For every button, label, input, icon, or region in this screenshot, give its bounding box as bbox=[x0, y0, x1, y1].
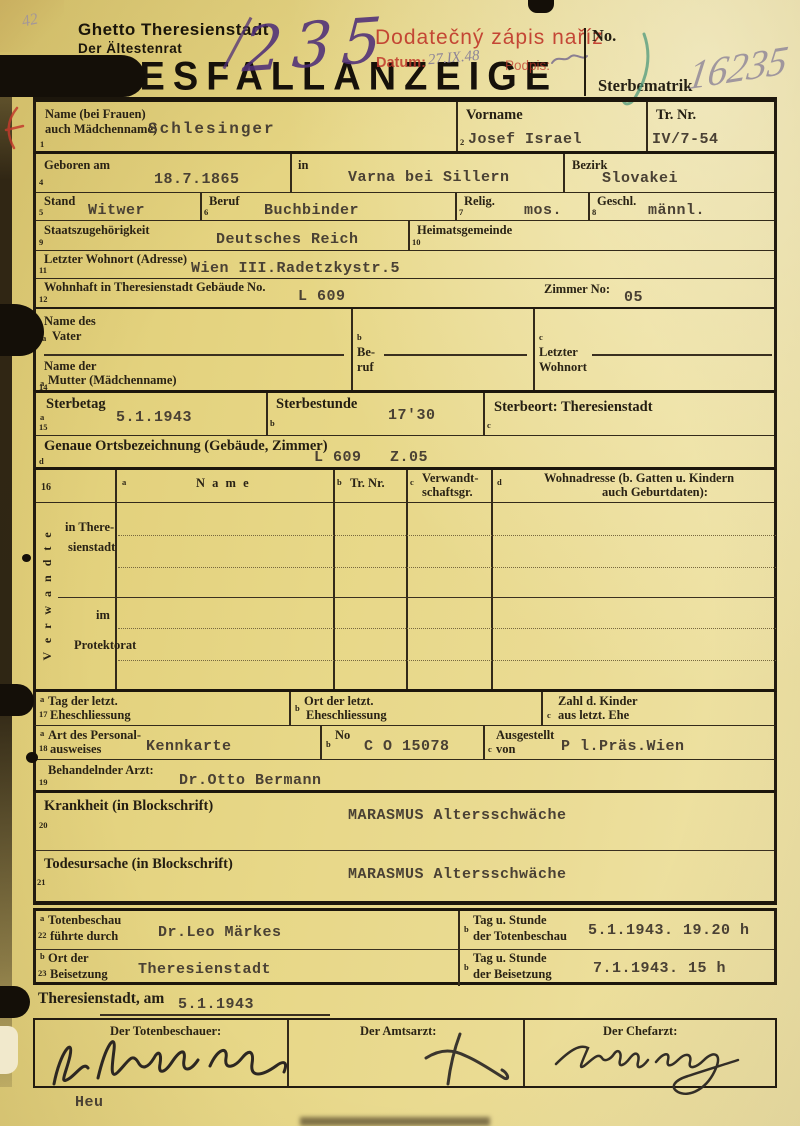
staat-value: Deutsches Reich bbox=[216, 231, 359, 248]
relatives-header-row: 16 a N a m e b Tr. Nr. c Verwandt- schaf… bbox=[36, 470, 774, 503]
czech-stamp-line1: Dodatečný zápis naříz bbox=[375, 26, 604, 50]
row-totenbeschau: a Totenbeschau 22 führte durch Dr.Leo Mä… bbox=[36, 911, 774, 950]
ausweis-von-value: P l.Präs.Wien bbox=[561, 738, 685, 755]
row-arzt: Behandelnder Arzt: 19 Dr.Otto Bermann bbox=[33, 760, 777, 790]
divider bbox=[563, 154, 565, 192]
beruf-value: Buchbinder bbox=[264, 202, 359, 219]
wohnort-vater-label1: Letzter bbox=[539, 345, 578, 359]
geboren-label: Geboren am bbox=[44, 158, 110, 172]
ausweis-label2: ausweises bbox=[50, 742, 101, 756]
krankheit-value: MARASMUS Altersschwäche bbox=[348, 807, 567, 824]
scan-edge-mark bbox=[528, 0, 554, 13]
ehe-tag-letter: a bbox=[40, 695, 44, 704]
group1-label-line2: sienstadt bbox=[68, 540, 115, 554]
field-number-6: 6 bbox=[204, 208, 208, 217]
group2-label-line2: Protektorat bbox=[74, 638, 136, 652]
group-separator-line bbox=[58, 597, 776, 598]
totenbeschau-zeit-label1: Tag u. Stunde bbox=[473, 913, 547, 927]
name-label-line2: auch Mädchenname) bbox=[45, 122, 157, 136]
col-c-letter: c bbox=[410, 478, 414, 487]
col-d-label1: Wohnadresse (b. Gatten u. Kindern bbox=[544, 471, 734, 485]
dotted-writing-line bbox=[118, 660, 776, 661]
divider bbox=[483, 393, 485, 435]
wohnhaft-label: Wohnhaft in Theresienstadt Gebäude No. bbox=[44, 280, 265, 294]
totenbeschauer-signature bbox=[40, 1022, 300, 1100]
scan-edge-smudge bbox=[300, 1117, 490, 1126]
totenbeschau-label2: führte durch bbox=[50, 929, 118, 943]
sterbeort-label: Sterbeort: Theresienstadt bbox=[494, 399, 653, 416]
sterbestunde-value: 17'30 bbox=[388, 407, 436, 424]
relatives-table: 16 a N a m e b Tr. Nr. c Verwandt- schaf… bbox=[33, 470, 777, 692]
stand-label: Stand bbox=[44, 194, 75, 208]
writing-line bbox=[384, 354, 527, 356]
beruf-vater-letter: b bbox=[357, 333, 362, 342]
arzt-value: Dr.Otto Bermann bbox=[179, 772, 322, 789]
ausweis-no-value: C O 15078 bbox=[364, 738, 450, 755]
divider bbox=[290, 154, 292, 192]
field-number-4: 4 bbox=[39, 178, 43, 187]
ehe-ort-label2: Eheschliessung bbox=[306, 708, 387, 722]
divider bbox=[523, 1020, 525, 1086]
ink-blot bbox=[0, 986, 30, 1018]
geschl-value: männl. bbox=[648, 202, 705, 219]
handwritten-case-number: 235 bbox=[241, 3, 394, 87]
field-number-22: 22 bbox=[38, 931, 47, 940]
divider bbox=[351, 309, 353, 390]
geschl-label: Geschl. bbox=[597, 194, 636, 208]
ausweis-von-label1: Ausgestellt bbox=[496, 728, 554, 742]
zimmer-label: Zimmer No: bbox=[544, 282, 610, 296]
divider bbox=[266, 393, 268, 435]
relig-label: Relig. bbox=[464, 194, 495, 208]
punch-hole-mark bbox=[22, 554, 31, 562]
todesursache-label: Todesursache (in Blockschrift) bbox=[44, 856, 233, 873]
beisetzung-ort-label2: Beisetzung bbox=[50, 967, 108, 981]
beruf-label: Beruf bbox=[209, 194, 240, 208]
field-name: Name (bei Frauen) auch Mädchenname) 1 Sc… bbox=[36, 102, 456, 151]
col-c-label1: Verwandt- bbox=[422, 471, 478, 485]
scan-edge-strip bbox=[0, 57, 12, 1087]
row-geboren: Geboren am 4 18.7.1865 in Varna bei Sill… bbox=[36, 154, 774, 193]
stand-value: Witwer bbox=[88, 202, 145, 219]
beisetzung-zeit-label2: der Beisetzung bbox=[473, 967, 552, 981]
death-date-box: Sterbetag a 15 5.1.1943 Sterbestunde b 1… bbox=[33, 390, 777, 470]
field-number-21: 21 bbox=[37, 878, 46, 887]
name-row-box: Name (bei Frauen) auch Mädchenname) 1 Sc… bbox=[33, 97, 777, 154]
field-number-2: 2 bbox=[460, 138, 464, 147]
ink-blot bbox=[0, 55, 145, 97]
row-ausweis: a Art des Personal- 18 ausweises Kennkar… bbox=[33, 726, 777, 760]
field-number-16: 16 bbox=[41, 483, 51, 493]
divider bbox=[408, 220, 410, 250]
field-number-1: 1 bbox=[40, 140, 44, 149]
mutter-label-line2: Mutter (Mädchenname) bbox=[48, 373, 177, 387]
totenbeschau-letter: a bbox=[40, 914, 44, 923]
punch-hole-mark bbox=[26, 752, 38, 763]
krankheit-label: Krankheit (in Blockschrift) bbox=[44, 798, 213, 815]
geboren-in-value: Varna bei Sillern bbox=[348, 169, 510, 186]
ehe-ort-label1: Ort der letzt. bbox=[304, 694, 374, 708]
divider bbox=[491, 470, 493, 689]
relig-value: mos. bbox=[524, 202, 562, 219]
col-a-letter: a bbox=[122, 478, 126, 487]
beruf-vater-label2: ruf bbox=[357, 360, 374, 374]
beisetzung-ort-letter: b bbox=[40, 952, 45, 961]
ortsbezeichnung-value: L 609 Z.05 bbox=[314, 449, 428, 466]
totenbeschau-label1: Totenbeschau bbox=[48, 913, 121, 927]
divider bbox=[533, 309, 535, 390]
illness-box: Krankheit (in Blockschrift) 20 MARASMUS … bbox=[33, 790, 777, 905]
sterbestunde-label: Sterbestunde bbox=[276, 396, 357, 413]
wohnhaft-value: L 609 bbox=[298, 288, 346, 305]
field-number-10: 10 bbox=[412, 238, 421, 247]
ehe-kinder-label1: Zahl d. Kinder bbox=[558, 694, 638, 708]
totenbeschau-zeit-label2: der Totenbeschau bbox=[473, 929, 567, 943]
ehe-ort-letter: b bbox=[295, 704, 300, 713]
geboren-in-label: in bbox=[298, 158, 308, 172]
row-todesursache: Todesursache (in Blockschrift) 21 MARASM… bbox=[36, 850, 774, 905]
wohnort-vater-letter: c bbox=[539, 333, 543, 342]
ausweis-value: Kennkarte bbox=[146, 738, 232, 755]
row-krankheit: Krankheit (in Blockschrift) 20 MARASMUS … bbox=[36, 793, 774, 851]
dotted-writing-line bbox=[118, 535, 776, 536]
ausweis-no-letter: b bbox=[326, 740, 331, 749]
todesursache-value: MARASMUS Altersschwäche bbox=[348, 866, 567, 883]
field-number-19: 19 bbox=[39, 778, 48, 787]
stamp-podpis-label: Podpis: bbox=[505, 58, 550, 73]
vater-label-line1: Name des bbox=[44, 314, 96, 328]
parents-section: Name des a Vater b Be- ruf c Letzter Woh… bbox=[33, 307, 777, 390]
field-number-17: 17 bbox=[39, 710, 48, 719]
row-wohnhaft: Wohnhaft in Theresienstadt Gebäude No. 1… bbox=[36, 278, 774, 307]
divider bbox=[588, 192, 590, 220]
row-stand: Stand 5 Witwer Beruf 6 Buchbinder Relig.… bbox=[36, 192, 774, 221]
group2-label-line1: im bbox=[96, 608, 110, 622]
place-date-label: Theresienstadt, am bbox=[38, 990, 164, 1008]
beisetzung-zeit-label1: Tag u. Stunde bbox=[473, 951, 547, 965]
group1-label-line1: in There- bbox=[65, 520, 114, 534]
ausweis-label1: Art des Personal- bbox=[48, 728, 141, 742]
col-c-label2: schaftsgr. bbox=[422, 485, 473, 499]
divider bbox=[200, 192, 202, 220]
col-b-letter: b bbox=[337, 478, 342, 487]
field-number-7: 7 bbox=[459, 208, 463, 217]
totenbeschau-zeit-value: 5.1.1943. 19.20 h bbox=[588, 922, 750, 939]
dotted-writing-line bbox=[118, 628, 776, 629]
field-number-11: 11 bbox=[39, 266, 47, 275]
row-ortsbezeichnung: Genaue Ortsbezeichnung (Gebäude, Zimmer)… bbox=[36, 435, 774, 470]
field-number-9: 9 bbox=[39, 238, 43, 247]
paper-tear bbox=[0, 1026, 18, 1074]
col-d-letter: d bbox=[497, 478, 502, 487]
writing-line bbox=[44, 354, 344, 356]
totenbeschau-zeit-letter: b bbox=[464, 925, 469, 934]
vorname-value: Josef Israel bbox=[468, 131, 582, 148]
place-date-value: 5.1.1943 bbox=[178, 996, 254, 1013]
name-value: Schlesinger bbox=[148, 120, 276, 138]
arzt-label: Behandelnder Arzt: bbox=[48, 763, 154, 777]
stamp-datum-label: Datum: bbox=[376, 55, 426, 71]
chefarzt-signature bbox=[528, 1022, 763, 1102]
row-wohnort: Letzter Wohnort (Adresse) 11 Wien III.Ra… bbox=[36, 250, 774, 279]
examination-burial-box: a Totenbeschau 22 führte durch Dr.Leo Mä… bbox=[33, 908, 777, 985]
field-number-20: 20 bbox=[39, 821, 48, 830]
sterbeort-letter: c bbox=[487, 421, 491, 430]
divider bbox=[406, 470, 408, 689]
row-beisetzung: b Ort der 23 Beisetzung Theresienstadt b… bbox=[36, 949, 774, 986]
writing-line bbox=[592, 354, 772, 356]
ehe-kinder-label2: aus letzt. Ehe bbox=[558, 708, 629, 722]
ink-blot bbox=[0, 684, 34, 716]
ausweis-no-label: No bbox=[335, 728, 350, 742]
field-number-5: 5 bbox=[39, 208, 43, 217]
sterbetag-letter: a bbox=[40, 413, 44, 422]
ausweis-letter: a bbox=[40, 729, 44, 738]
ehe-tag-label2: Eheschliessung bbox=[50, 708, 131, 722]
tr-nr-value: IV/7-54 bbox=[652, 131, 719, 148]
sterbetag-label: Sterbetag bbox=[46, 396, 106, 413]
dotted-writing-line bbox=[118, 567, 776, 568]
beisetzung-zeit-value: 7.1.1943. 15 h bbox=[593, 960, 726, 977]
ausweis-von-label2: von bbox=[496, 742, 515, 756]
divider bbox=[289, 692, 291, 725]
vorname-label: Vorname bbox=[466, 107, 523, 124]
beisetzung-ort-value: Theresienstadt bbox=[138, 961, 271, 978]
divider bbox=[541, 692, 543, 725]
field-number-12: 12 bbox=[39, 295, 48, 304]
beruf-vater-label1: Be- bbox=[357, 345, 375, 359]
org-name-line2: Der Ältestenrat bbox=[78, 41, 182, 56]
divider bbox=[320, 726, 322, 759]
ortsbezeichnung-label: Genaue Ortsbezeichnung (Gebäude, Zimmer) bbox=[44, 438, 328, 455]
field-number-8: 8 bbox=[592, 208, 596, 217]
field-number-15: 15 bbox=[39, 423, 48, 432]
divider bbox=[455, 192, 457, 220]
personal-data-rows: Geboren am 4 18.7.1865 in Varna bei Sill… bbox=[33, 154, 777, 307]
totenbeschau-value: Dr.Leo Märkes bbox=[158, 924, 282, 941]
geboren-value: 18.7.1865 bbox=[154, 171, 240, 188]
heimat-label: Heimatsgemeinde bbox=[417, 223, 512, 237]
zimmer-value: 05 bbox=[624, 289, 643, 306]
divider bbox=[333, 470, 335, 689]
sterbetag-value: 5.1.1943 bbox=[116, 409, 192, 426]
wohnort-value: Wien III.Radetzkystr.5 bbox=[191, 260, 400, 277]
ehe-tag-label1: Tag der letzt. bbox=[48, 694, 118, 708]
mutter-label-line1: Name der bbox=[44, 359, 96, 373]
field-number-23: 23 bbox=[38, 969, 47, 978]
ausweis-von-letter: c bbox=[488, 745, 492, 754]
writing-line bbox=[100, 1014, 330, 1016]
paper-corner-shade bbox=[0, 0, 64, 52]
bottom-typed-text: Heu bbox=[75, 1094, 104, 1111]
header-divider-line bbox=[584, 28, 586, 96]
col-d-label2: auch Geburtdaten): bbox=[602, 485, 708, 499]
divider bbox=[458, 911, 460, 949]
name-label-line1: Name (bei Frauen) bbox=[45, 107, 146, 121]
col-a-label: N a m e bbox=[196, 476, 251, 490]
bezirk-value: Slovakei bbox=[602, 170, 678, 187]
field-number-18: 18 bbox=[39, 744, 48, 753]
wohnort-vater-label2: Wohnort bbox=[539, 360, 587, 374]
divider bbox=[483, 726, 485, 759]
field-vorname: Vorname 2 Josef Israel bbox=[456, 102, 646, 151]
red-margin-mark bbox=[2, 104, 26, 154]
vater-label-line2: Vater bbox=[52, 329, 81, 343]
ehe-kinder-letter: c bbox=[547, 711, 551, 720]
divider bbox=[115, 470, 117, 689]
ortsbezeichnung-letter: d bbox=[39, 457, 44, 466]
staat-label: Staatszugehörigkeit bbox=[44, 223, 150, 237]
field-tr-nr: Tr. Nr. IV/7-54 bbox=[646, 102, 777, 151]
verwandte-side-label: V e r w a n d t e bbox=[41, 520, 55, 670]
row-eheschliessung: a Tag der letzt. 17 Eheschliessung b Ort… bbox=[33, 692, 777, 726]
amtsarzt-signature bbox=[408, 1028, 518, 1090]
beisetzung-zeit-letter: b bbox=[464, 963, 469, 972]
divider bbox=[458, 949, 460, 986]
row-sterbetag: Sterbetag a 15 5.1.1943 Sterbestunde b 1… bbox=[36, 393, 774, 436]
sterbematrik-number: 16235 bbox=[685, 35, 791, 99]
sterbestunde-letter: b bbox=[270, 419, 275, 428]
wohnort-label: Letzter Wohnort (Adresse) bbox=[44, 252, 187, 266]
col-b-label: Tr. Nr. bbox=[350, 476, 385, 490]
beisetzung-ort-label1: Ort der bbox=[48, 951, 89, 965]
row-staat: Staatszugehörigkeit 9 Deutsches Reich He… bbox=[36, 220, 774, 251]
death-certificate-document: 42 Ghetto Theresienstadt Der Ältestenrat… bbox=[0, 0, 800, 1126]
tr-nr-label: Tr. Nr. bbox=[656, 107, 696, 124]
